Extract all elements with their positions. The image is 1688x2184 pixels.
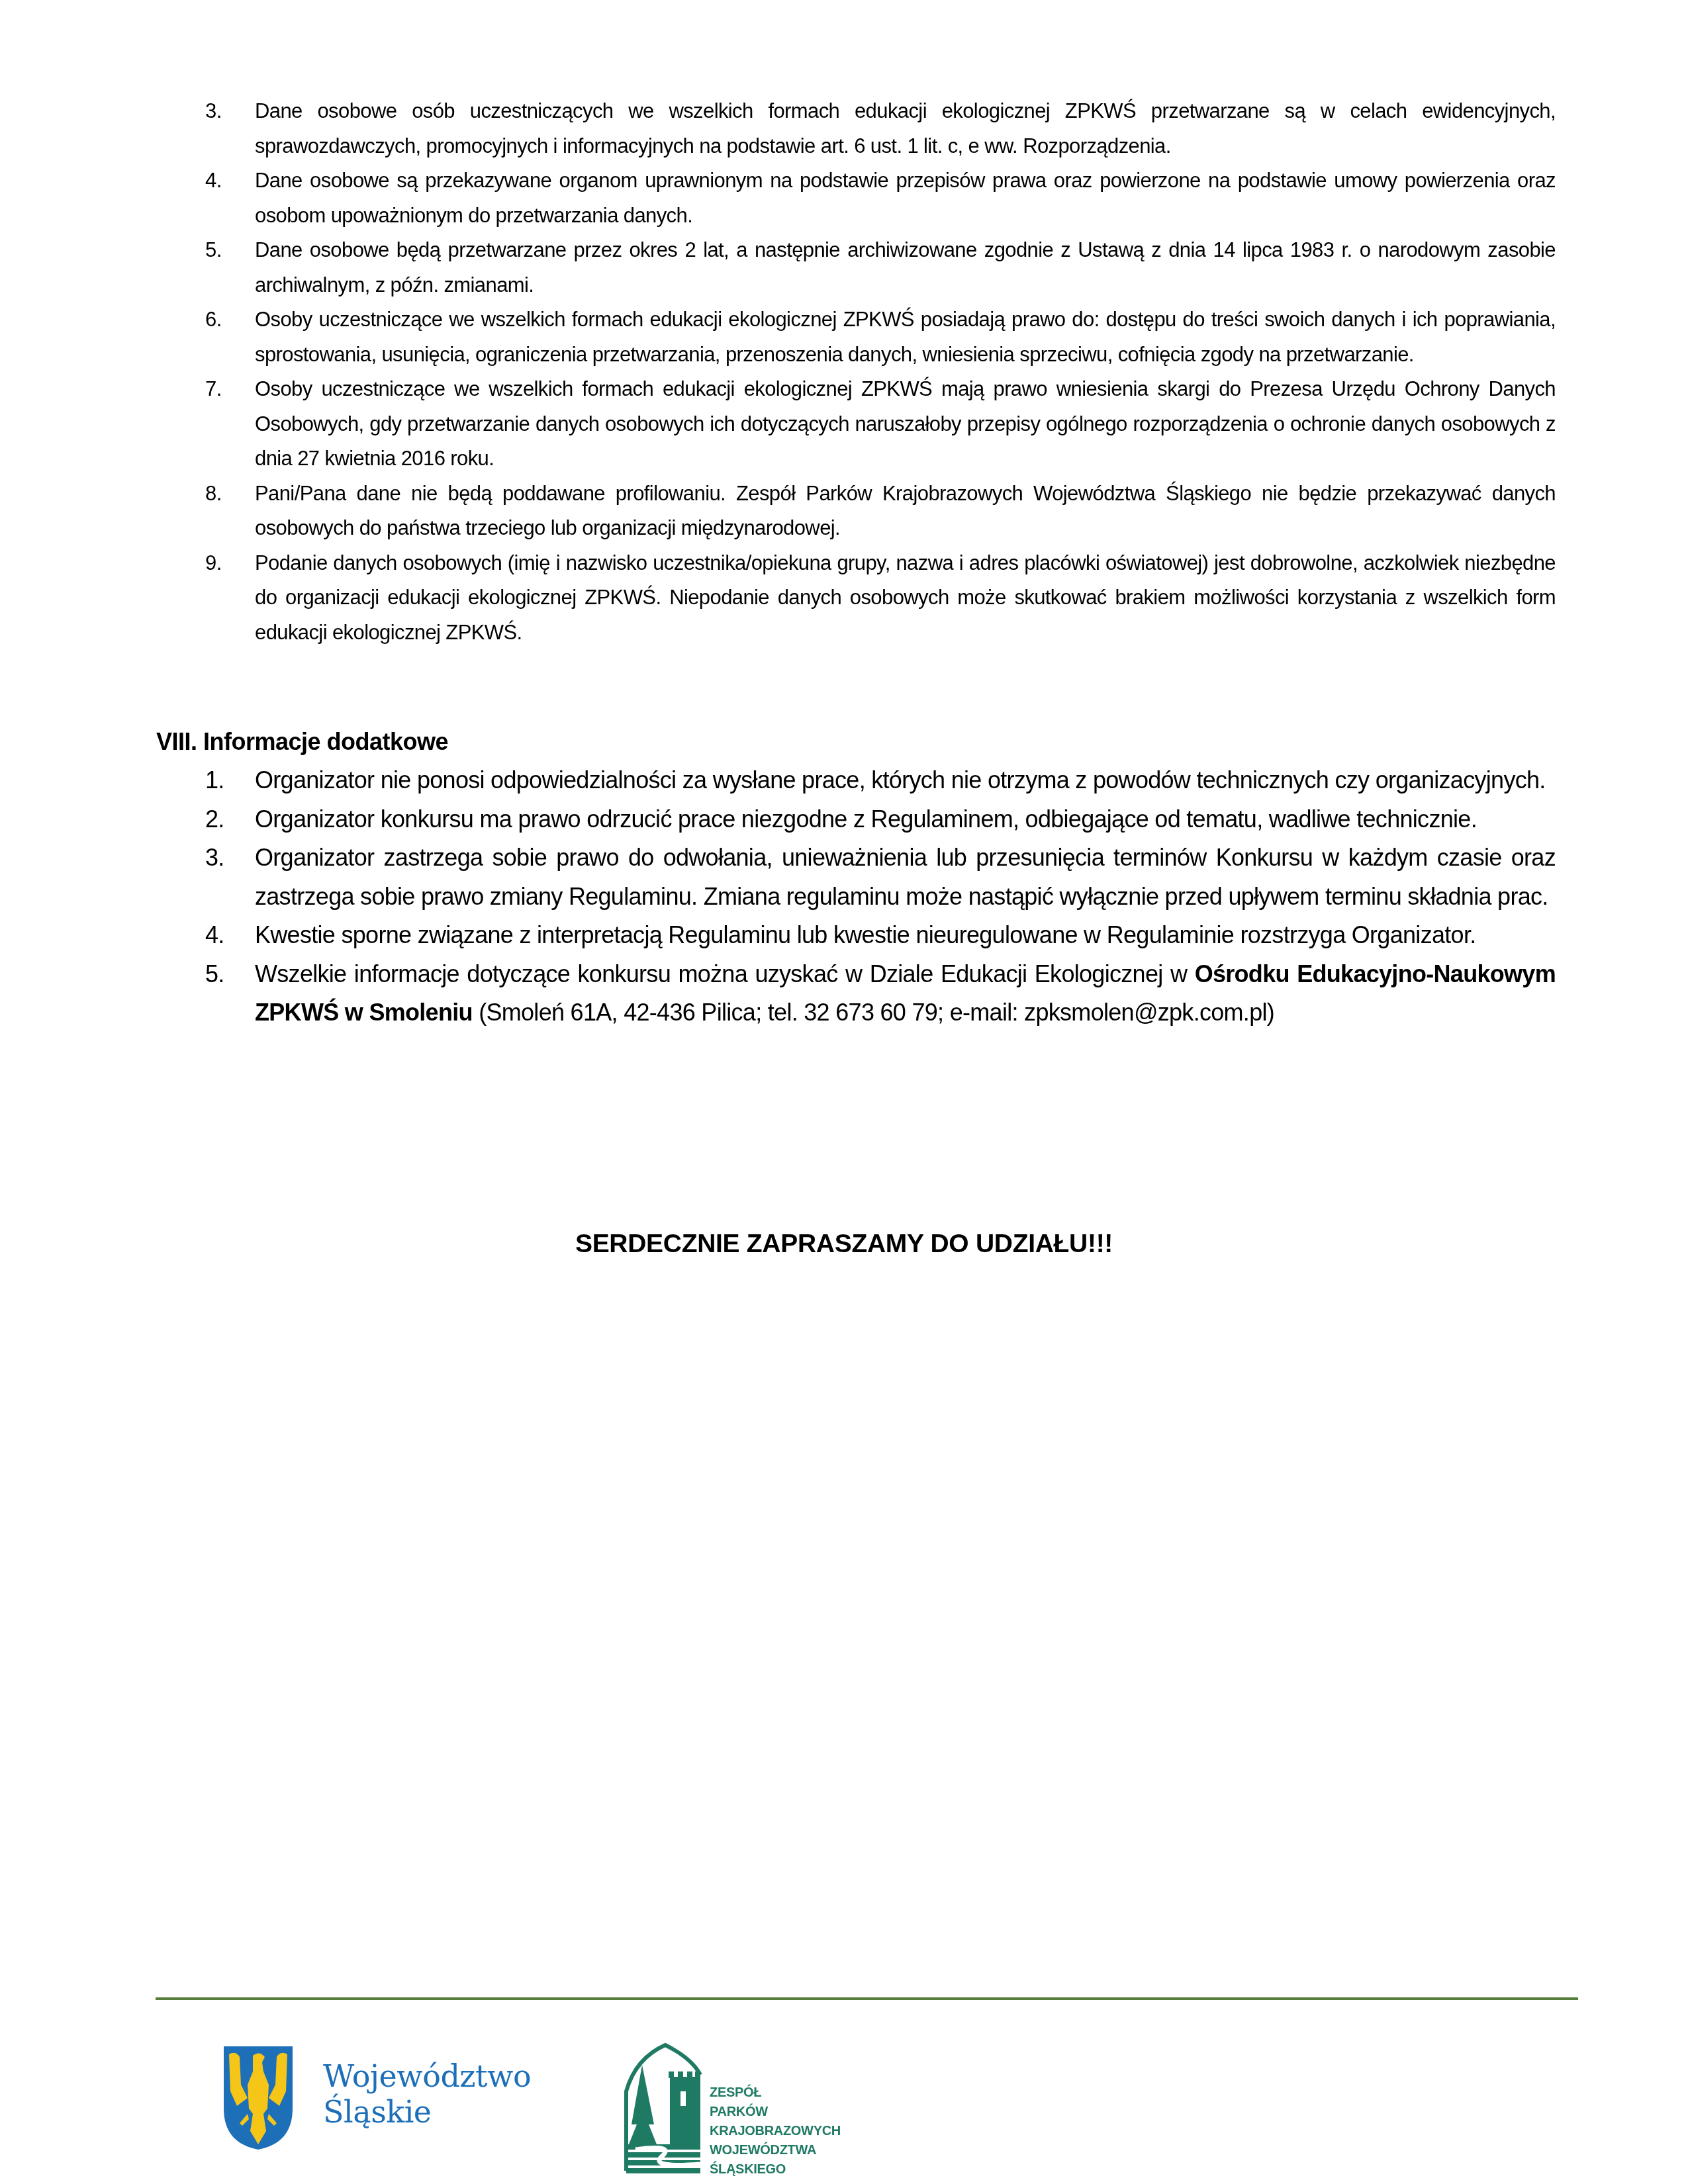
- list-item-contact: 5.Wszelkie informacje dotyczące konkursu…: [0, 955, 1556, 1032]
- logo-slaskie-text: Województwo Śląskie: [323, 2058, 531, 2130]
- item-number: 2.: [205, 800, 224, 839]
- closing-invitation: SERDECZNIE ZAPRASZAMY DO UDZIAŁU!!!: [0, 1230, 1688, 1259]
- document-page: 3.Dane osobowe osób uczestniczących we w…: [0, 0, 1688, 2184]
- item-number: 9.: [205, 546, 222, 581]
- logo-zpk-text: ZESPÓŁ PARKÓW KRAJOBRAZOWYCH WOJEWÓDZTWA…: [710, 2083, 841, 2179]
- list-item: 3.Dane osobowe osób uczestniczących we w…: [0, 94, 1556, 163]
- item-number: 6.: [205, 302, 222, 338]
- item-number: 5.: [205, 233, 222, 268]
- item-text: Organizator konkursu ma prawo odrzucić p…: [255, 805, 1477, 833]
- logo-wojewodztwo-slaskie: Województwo Śląskie: [212, 2019, 556, 2177]
- logo-line: PARKÓW: [710, 2103, 841, 2122]
- item-number: 5.: [205, 955, 224, 994]
- logo-line: Śląskie: [323, 2094, 531, 2130]
- item-text: Pani/Pana dane nie będą poddawane profil…: [255, 482, 1556, 540]
- item-number: 3.: [205, 94, 222, 129]
- list-item: 5.Dane osobowe będą przetwarzane przez o…: [0, 233, 1556, 302]
- logo-line: Województwo: [323, 2058, 531, 2094]
- item-number: 1.: [205, 761, 224, 800]
- item-number: 4.: [205, 916, 224, 955]
- item-text: Organizator zastrzega sobie prawo do odw…: [255, 844, 1556, 910]
- list-item: 3.Organizator zastrzega sobie prawo do o…: [0, 839, 1556, 916]
- item-number: 8.: [205, 477, 222, 512]
- privacy-clause-list: 3.Dane osobowe osób uczestniczących we w…: [0, 94, 1688, 650]
- logo-zpkws: ZESPÓŁ PARKÓW KRAJOBRAZOWYCH WOJEWÓDZTWA…: [602, 2012, 841, 2177]
- logo-line: ŚLĄSKIEGO: [710, 2160, 841, 2179]
- section-heading: VIII. Informacje dodatkowe: [156, 726, 448, 758]
- park-tower-tree-emblem-icon: [622, 2038, 708, 2177]
- additional-info-list: 1.Organizator nie ponosi odpowiedzialnoś…: [0, 761, 1688, 1032]
- item-text: Kwestie sporne związane z interpretacją …: [255, 921, 1476, 948]
- item-text: Osoby uczestniczące we wszelkich formach…: [255, 377, 1556, 470]
- list-item: 4.Dane osobowe są przekazywane organom u…: [0, 163, 1556, 233]
- list-item: 1.Organizator nie ponosi odpowiedzialnoś…: [0, 761, 1556, 800]
- list-item: 2.Organizator konkursu ma prawo odrzucić…: [0, 800, 1556, 839]
- contact-details: (Smoleń 61A, 42-436 Pilica; tel. 32 673 …: [473, 999, 1274, 1026]
- list-item: 9.Podanie danych osobowych (imię i nazwi…: [0, 546, 1556, 651]
- item-number: 3.: [205, 839, 224, 878]
- silesian-eagle-shield-icon: [222, 2045, 294, 2151]
- list-item: 8.Pani/Pana dane nie będą poddawane prof…: [0, 477, 1556, 546]
- logo-line: WOJEWÓDZTWA: [710, 2141, 841, 2160]
- logo-line: ZESPÓŁ: [710, 2083, 841, 2103]
- logo-line: KRAJOBRAZOWYCH: [710, 2122, 841, 2141]
- item-text: Dane osobowe osób uczestniczących we wsz…: [255, 99, 1556, 158]
- item-text: Osoby uczestniczące we wszelkich formach…: [255, 308, 1556, 366]
- item-text: Dane osobowe będą przetwarzane przez okr…: [255, 238, 1556, 296]
- footer-divider: [156, 1997, 1578, 2000]
- item-text: Podanie danych osobowych (imię i nazwisk…: [255, 551, 1556, 644]
- item-number: 7.: [205, 372, 222, 407]
- list-item: 6.Osoby uczestniczące we wszelkich forma…: [0, 302, 1556, 372]
- item-number: 4.: [205, 163, 222, 199]
- list-item: 4.Kwestie sporne związane z interpretacj…: [0, 916, 1556, 955]
- item-text: Dane osobowe są przekazywane organom upr…: [255, 169, 1556, 227]
- item-text: Wszelkie informacje dotyczące konkursu m…: [255, 960, 1195, 987]
- item-text: Organizator nie ponosi odpowiedzialności…: [255, 766, 1546, 794]
- list-item: 7.Osoby uczestniczące we wszelkich forma…: [0, 372, 1556, 477]
